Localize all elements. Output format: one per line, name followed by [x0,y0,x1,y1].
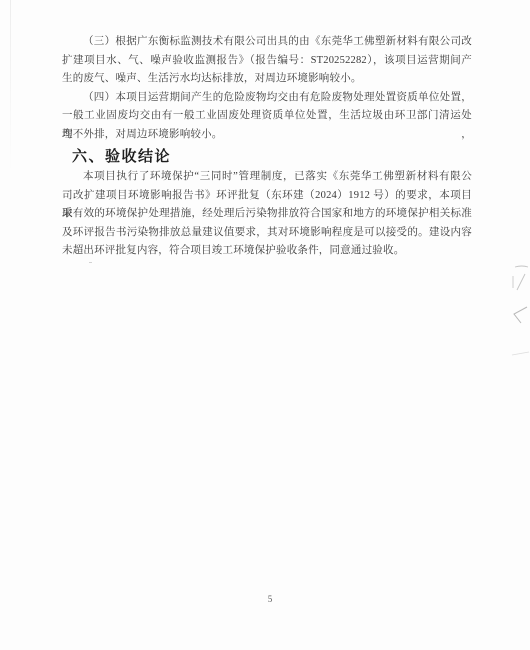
paragraph-4-item: （四）本项目运营期间产生的危险废物均交由有危险废物处理处置资质单位处置， 一般工… [62,89,472,145]
document-body-upper: （三）根据广东衡标监测技术有限公司出具的由《东莞华工佛塑新材料有限公司改 扩建项… [62,33,472,145]
paragraph-line: （四）本项目运营期间产生的危险废物均交由有危险废物处理处置资质单位处置， [62,89,472,108]
pencil-mark-artifacts [505,258,530,360]
section-heading-conclusion: 六、验收结论 [72,146,171,168]
paragraph-3-item: （三）根据广东衡标监测技术有限公司出具的由《东莞华工佛塑新材料有限公司改 扩建项… [62,33,472,89]
page-number: 5 [255,594,285,604]
paragraph-line: 扩建项目水、气、噪声验收监测报告》（报告编号：ST20252282），该项目运营… [62,52,472,71]
paragraph-line: 一般工业固废均交由有一般工业固废处理资质单位处置，生活垃圾由环卫部门清运处理， [62,107,472,126]
paragraph-line: 未超出环评批复内容，符合项目竣工环境保护验收条件，同意通过验收。 [62,242,472,261]
paragraph-line: 生的废气、噪声、生活污水均达标排放，对周边环境影响较小。 [62,70,472,89]
scan-edge-line [10,0,11,172]
conclusion-paragraph: 本项目执行了环境保护“三同时”管理制度，已落实《东莞华工佛塑新材料有限公 司改扩… [62,168,472,261]
paragraph-line: 及环评报告书污染物排放总量建议值要求，其对环境影响程度是可以接受的。建设内容 [62,224,472,243]
scan-speck-artifact [89,262,92,263]
document-page: （三）根据广东衡标监测技术有限公司出具的由《东莞华工佛塑新材料有限公司改 扩建项… [0,0,530,650]
paragraph-line: 本项目执行了环境保护“三同时”管理制度，已落实《东莞华工佛塑新材料有限公 [62,168,472,187]
paragraph-line: 取有效的环境保护处理措施，经处理后污染物排放符合国家和地方的环境保护相关标准 [62,205,472,224]
paragraph-line: 司改扩建项目环境影响报告书》环评批复（东环建（2024）1912 号）的要求，本… [62,187,472,206]
paragraph-line: （三）根据广东衡标监测技术有限公司出具的由《东莞华工佛塑新材料有限公司改 [62,33,472,52]
